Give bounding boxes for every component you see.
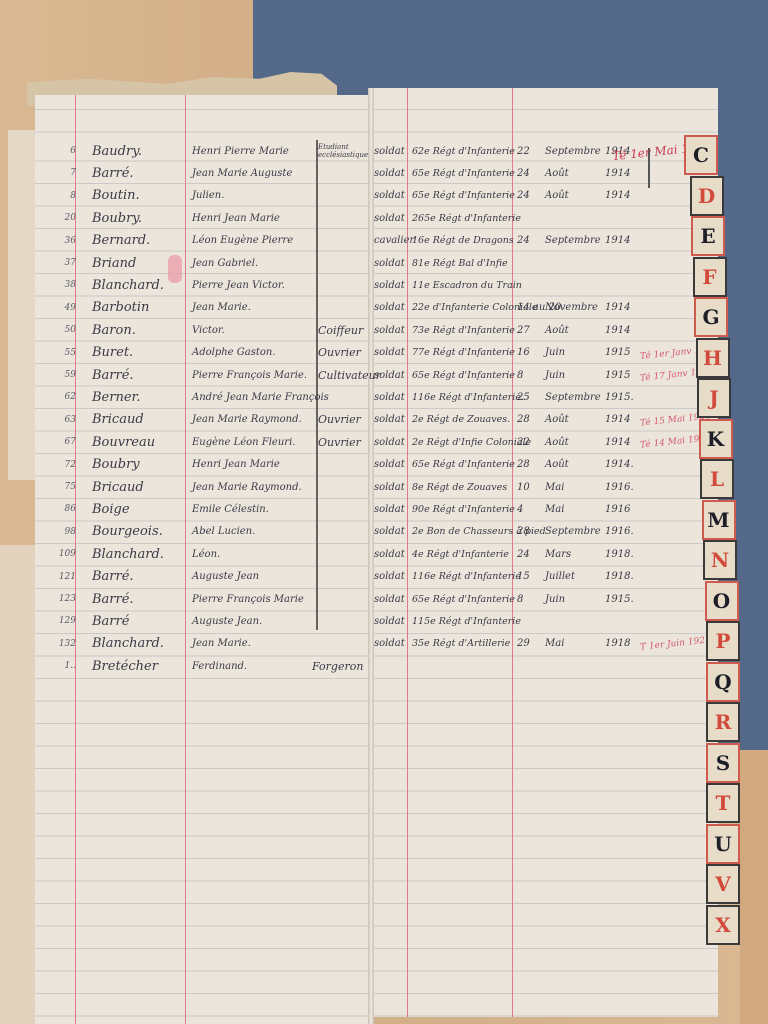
surname-cell: Berner. xyxy=(92,390,140,405)
table-row: 55Buret.Adolphe Gaston.Ouvriersoldat77e … xyxy=(0,342,768,364)
surname-cell: Boubry. xyxy=(92,211,142,226)
surname-cell: Bouvreau xyxy=(92,435,155,450)
index-tab-letter: Q xyxy=(714,670,731,694)
regiment-cell: 116e Régt d'Infanterie xyxy=(412,571,521,582)
occupation-cell: Ouvrier xyxy=(318,346,361,359)
regiment-cell: 35e Régt d'Artillerie xyxy=(412,638,510,649)
surname-cell: Briand xyxy=(92,256,136,271)
table-row: 38Blanchard.Pierre Jean Victor.soldat11e… xyxy=(0,274,768,296)
regiment-cell: 2e Régt d'Infie Coloniale xyxy=(412,437,531,448)
day-cell: 28 xyxy=(517,526,530,537)
given-names-cell: Jean Gabriel. xyxy=(192,258,258,269)
rank-cell: soldat xyxy=(374,526,405,537)
table-row: 67BouvreauEugène Léon Fleuri.Ouvriersold… xyxy=(0,431,768,453)
index-tab-e[interactable]: E xyxy=(691,216,725,256)
regiment-cell: 16e Régt de Dragons xyxy=(412,235,514,246)
index-tab-letter: H xyxy=(703,346,722,370)
rank-cell: soldat xyxy=(374,280,405,291)
row-number: 59 xyxy=(52,370,76,380)
rank-cell: cavalier xyxy=(374,235,414,246)
regiment-cell: 65e Régt d'Infanterie xyxy=(412,459,515,470)
month-cell: Mai xyxy=(545,482,564,493)
month-cell: Août xyxy=(545,325,569,336)
given-names-cell: Victor. xyxy=(192,325,225,336)
surname-cell: Bricaud xyxy=(92,412,144,427)
regiment-cell: 116e Régt d'Infanterie. xyxy=(412,392,524,403)
row-number: 36 xyxy=(52,236,76,246)
given-names-cell: Jean Marie. xyxy=(192,638,251,649)
red-annotation: T 1er Juin 1921 xyxy=(640,635,712,652)
given-names-cell: Auguste Jean. xyxy=(192,616,262,627)
given-names-cell: Eugène Léon Fleuri. xyxy=(192,437,295,448)
month-cell: Septembre xyxy=(545,146,601,157)
row-number: 20 xyxy=(52,213,76,223)
given-names-cell: Léon. xyxy=(192,549,220,560)
surname-cell: Boubry xyxy=(92,457,140,472)
day-cell: 24 xyxy=(517,235,530,246)
day-cell: 10 xyxy=(517,482,530,493)
table-row: 86BoigeEmile Célestin.soldat90e Régt d'I… xyxy=(0,498,768,520)
row-number: 1.. xyxy=(52,661,76,671)
month-cell: Septembre xyxy=(545,235,601,246)
day-cell: 28 xyxy=(517,414,530,425)
table-row: 7Barré.Jean Marie Augustesoldat65e Régt … xyxy=(0,162,768,184)
rank-cell: soldat xyxy=(374,549,405,560)
regiment-cell: 81e Régt Bal d'Infie xyxy=(412,258,508,269)
table-row: 121Barré.Auguste Jeansoldat116e Régt d'I… xyxy=(0,566,768,588)
rank-cell: soldat xyxy=(374,437,405,448)
index-tab-letter: P xyxy=(715,629,730,653)
occupation-cell: Forgeron xyxy=(312,660,363,673)
occupation-cell: Cultivateur xyxy=(318,369,381,382)
table-row: 59Barré.Pierre François Marie.Cultivateu… xyxy=(0,364,768,386)
index-tab-letter: K xyxy=(707,427,724,451)
row-number: 6 xyxy=(52,146,76,156)
year-cell: 1914 xyxy=(605,168,630,179)
month-cell: Août xyxy=(545,168,569,179)
day-cell: 28 xyxy=(517,459,530,470)
surname-cell: Blanchard. xyxy=(92,278,164,293)
surname-cell: Blanchard. xyxy=(92,547,164,562)
table-row: 20Boubry.Henri Jean Mariesoldat265e Régt… xyxy=(0,207,768,229)
given-names-cell: Jean Marie. xyxy=(192,302,251,313)
day-cell: 24 xyxy=(517,190,530,201)
surname-cell: Baron. xyxy=(92,323,136,338)
day-cell: 24 xyxy=(517,168,530,179)
regiment-cell: 62e Régt d'Infanterie xyxy=(412,146,515,157)
table-row: 37BriandJean Gabriel.soldat81e Régt Bal … xyxy=(0,252,768,274)
rank-cell: soldat xyxy=(374,370,405,381)
row-number: 109 xyxy=(52,549,76,559)
year-cell: 1918 xyxy=(605,638,630,649)
regiment-cell: 265e Régt d'Infanterie xyxy=(412,213,521,224)
day-cell: 22 xyxy=(517,437,530,448)
surname-cell: Baudry. xyxy=(92,144,142,159)
rank-cell: soldat xyxy=(374,213,405,224)
year-cell: 1914 xyxy=(605,325,630,336)
year-cell: 1916. xyxy=(605,482,634,493)
given-names-cell: Pierre Jean Victor. xyxy=(192,280,285,291)
table-row: 123Barré.Pierre François Mariesoldat65e … xyxy=(0,588,768,610)
month-cell: Septembre xyxy=(545,392,601,403)
row-number: 50 xyxy=(52,325,76,335)
surname-cell: Barbotin xyxy=(92,300,149,315)
surname-cell: Buret. xyxy=(92,345,133,360)
given-names-cell: Jean Marie Raymond. xyxy=(192,482,302,493)
month-cell: Juin xyxy=(545,594,565,605)
rank-cell: soldat xyxy=(374,504,405,515)
occupation-cell: Ouvrier xyxy=(318,413,361,426)
month-cell: Mai xyxy=(545,504,564,515)
rank-cell: soldat xyxy=(374,571,405,582)
table-row: 36Bernard.Léon Eugène Pierrecavalier16e … xyxy=(0,230,768,252)
index-tab-v[interactable]: V xyxy=(706,864,740,904)
row-number: 38 xyxy=(52,280,76,290)
day-cell: 15 xyxy=(517,571,530,582)
index-tab-letter: N xyxy=(711,548,729,572)
index-tab-o[interactable]: O xyxy=(705,581,739,621)
year-cell: 1914 xyxy=(605,437,630,448)
index-tab-letter: U xyxy=(714,832,731,856)
regiment-cell: 65e Régt d'Infanterie xyxy=(412,594,515,605)
index-tab-letter: D xyxy=(698,184,715,208)
year-cell: 1915. xyxy=(605,392,634,403)
table-row: 1..BretécherFerdinand.Forgeron xyxy=(0,655,768,677)
year-cell: 1914 xyxy=(605,190,630,201)
given-names-cell: Pierre François Marie. xyxy=(192,370,307,381)
index-tab-letter: G xyxy=(702,305,719,329)
row-number: 67 xyxy=(52,437,76,447)
day-cell: 22 xyxy=(517,146,530,157)
surname-cell: Barré. xyxy=(92,368,134,383)
index-tab-r[interactable]: R xyxy=(706,702,740,742)
regiment-cell: 8e Régt de Zouaves xyxy=(412,482,507,493)
given-names-cell: Ferdinand. xyxy=(192,661,247,672)
row-number: 72 xyxy=(52,460,76,470)
row-number: 55 xyxy=(52,348,76,358)
index-tab-letter: T xyxy=(716,791,731,815)
table-row: 6Baudry.Henri Pierre MarieEtudiant ecclé… xyxy=(0,140,768,162)
day-cell: 24 xyxy=(517,549,530,560)
rank-cell: soldat xyxy=(374,594,405,605)
surname-cell: Barré. xyxy=(92,166,134,181)
year-cell: 1916 xyxy=(605,504,630,515)
year-cell: 1916. xyxy=(605,526,634,537)
given-names-cell: André Jean Marie François xyxy=(192,392,329,403)
index-tab-c[interactable]: C xyxy=(684,135,718,175)
surname-cell: Boutin. xyxy=(92,188,140,203)
month-cell: Juin xyxy=(545,370,565,381)
regiment-cell: 65e Régt d'Infanterie xyxy=(412,190,515,201)
table-row: 129BarréAuguste Jean.soldat115e Régt d'I… xyxy=(0,610,768,632)
rank-cell: soldat xyxy=(374,638,405,649)
table-row: 75BricaudJean Marie Raymond.soldat8e Rég… xyxy=(0,476,768,498)
given-names-cell: Jean Marie Auguste xyxy=(192,168,292,179)
index-tab-d[interactable]: D xyxy=(690,176,724,216)
index-tab-letter: E xyxy=(700,224,715,248)
table-row: 72BoubryHenri Jean Mariesoldat65e Régt d… xyxy=(0,454,768,476)
surname-cell: Bretécher xyxy=(92,659,158,674)
rank-cell: soldat xyxy=(374,190,405,201)
regiment-cell: 115e Régt d'Infanterie xyxy=(412,616,521,627)
surname-cell: Blanchard. xyxy=(92,636,164,651)
index-tab-letter: J xyxy=(709,386,718,410)
index-tab-letter: S xyxy=(716,751,730,775)
month-cell: Août xyxy=(545,437,569,448)
index-tab-letter: R xyxy=(715,710,732,734)
month-cell: Août xyxy=(545,190,569,201)
index-tab-s[interactable]: S xyxy=(706,743,740,783)
month-cell: Août xyxy=(545,459,569,470)
row-number: 121 xyxy=(52,572,76,582)
day-cell: 4 xyxy=(517,504,523,515)
index-tab-k[interactable]: K xyxy=(699,419,733,459)
given-names-cell: Henri Jean Marie xyxy=(192,213,280,224)
regiment-cell: 73e Régt d'Infanterie xyxy=(412,325,515,336)
row-number: 75 xyxy=(52,482,76,492)
rank-cell: soldat xyxy=(374,392,405,403)
row-number: 63 xyxy=(52,415,76,425)
month-cell: Septembre xyxy=(545,526,601,537)
day-cell: 29 xyxy=(517,638,530,649)
surname-cell: Bricaud xyxy=(92,480,144,495)
occupation-cell: Ouvrier xyxy=(318,436,361,449)
month-cell: Juillet xyxy=(545,571,575,582)
given-names-cell: Henri Jean Marie xyxy=(192,459,280,470)
table-row: 49BarbotinJean Marie.soldat22e d'Infante… xyxy=(0,297,768,319)
index-tab-u[interactable]: U xyxy=(706,824,740,864)
index-tab-p[interactable]: P xyxy=(706,621,740,661)
surname-cell: Barré. xyxy=(92,592,134,607)
month-cell: Août xyxy=(545,414,569,425)
regiment-cell: 90e Régt d'Infanterie xyxy=(412,504,515,515)
given-names-cell: Adolphe Gaston. xyxy=(192,347,276,358)
month-cell: Mars xyxy=(545,549,571,560)
given-names-cell: Julien. xyxy=(192,190,224,201)
index-tab-q[interactable]: Q xyxy=(706,662,740,702)
rank-cell: soldat xyxy=(374,459,405,470)
table-row: 62Berner.André Jean Marie Françoissoldat… xyxy=(0,386,768,408)
index-tab-letter: M xyxy=(707,508,729,532)
index-tab-j[interactable]: J xyxy=(697,378,731,418)
day-cell: 8 xyxy=(517,370,523,381)
given-names-cell: Pierre François Marie xyxy=(192,594,304,605)
row-number: 37 xyxy=(52,258,76,268)
year-cell: 1918. xyxy=(605,571,634,582)
year-cell: 1915 xyxy=(605,347,630,358)
index-tab-t[interactable]: T xyxy=(706,783,740,823)
rank-cell: soldat xyxy=(374,168,405,179)
surname-cell: Boige xyxy=(92,502,130,517)
row-number: 86 xyxy=(52,504,76,514)
given-names-cell: Abel Lucien. xyxy=(192,526,255,537)
rank-cell: soldat xyxy=(374,302,405,313)
regiment-cell: 65e Régt d'Infanterie xyxy=(412,370,515,381)
year-cell: 1915 xyxy=(605,370,630,381)
table-row: 132Blanchard.Jean Marie.soldat35e Régt d… xyxy=(0,633,768,655)
surname-cell: Bourgeois. xyxy=(92,524,163,539)
month-cell: Juin xyxy=(545,347,565,358)
day-cell: 8 xyxy=(517,594,523,605)
index-tab-letter: F xyxy=(702,265,716,289)
table-row: 8Boutin.Julien.soldat65e Régt d'Infanter… xyxy=(0,185,768,207)
rank-cell: soldat xyxy=(374,347,405,358)
index-tab-x[interactable]: X xyxy=(706,905,740,945)
day-cell: 16 xyxy=(517,347,530,358)
row-number: 8 xyxy=(52,191,76,201)
index-tab-m[interactable]: M xyxy=(702,500,736,540)
rank-cell: soldat xyxy=(374,258,405,269)
index-tab-letter: O xyxy=(713,589,730,613)
year-cell: 1914. xyxy=(605,459,634,470)
index-tab-letter: L xyxy=(710,467,724,491)
regiment-cell: 4e Régt d'Infanterie xyxy=(412,549,509,560)
row-number: 132 xyxy=(52,639,76,649)
year-cell: 1918. xyxy=(605,549,634,560)
table-row: 63BricaudJean Marie Raymond.Ouvriersolda… xyxy=(0,409,768,431)
surname-cell: Barré. xyxy=(92,569,134,584)
given-names-cell: Emile Célestin. xyxy=(192,504,269,515)
wooden-table-corner xyxy=(740,750,768,1024)
regiment-cell: 2e Régt de Zouaves. xyxy=(412,414,510,425)
year-cell: 1914 xyxy=(605,414,630,425)
table-row: 109Blanchard.Léon.soldat4e Régt d'Infant… xyxy=(0,543,768,565)
given-names-cell: Henri Pierre Marie xyxy=(192,146,289,157)
index-tab-h[interactable]: H xyxy=(696,338,730,378)
regiment-cell: 77e Régt d'Infanterie xyxy=(412,347,515,358)
year-cell: 1915. xyxy=(605,594,634,605)
row-number: 62 xyxy=(52,392,76,402)
row-number: 98 xyxy=(52,527,76,537)
given-names-cell: Léon Eugène Pierre xyxy=(192,235,293,246)
row-number: 129 xyxy=(52,616,76,626)
given-names-cell: Auguste Jean xyxy=(192,571,259,582)
rank-cell: soldat xyxy=(374,414,405,425)
rank-cell: soldat xyxy=(374,325,405,336)
regiment-cell: 65e Régt d'Infanterie xyxy=(412,168,515,179)
table-row: 98Bourgeois.Abel Lucien.soldat2e Bon de … xyxy=(0,521,768,543)
day-cell: 25 xyxy=(517,392,530,403)
index-tab-letter: C xyxy=(693,143,709,167)
index-tab-n[interactable]: N xyxy=(703,540,737,580)
index-tab-l[interactable]: L xyxy=(700,459,734,499)
rank-cell: soldat xyxy=(374,146,405,157)
rank-cell: soldat xyxy=(374,616,405,627)
surname-cell: Bernard. xyxy=(92,233,150,248)
table-row: 50Baron.Victor.Coiffeursoldat73e Régt d'… xyxy=(0,319,768,341)
surname-cell: Barré xyxy=(92,614,129,629)
year-cell: 1914 xyxy=(605,235,630,246)
occupation-cell: Coiffeur xyxy=(318,324,363,337)
index-tab-g[interactable]: G xyxy=(694,297,728,337)
index-tab-letter: X xyxy=(715,913,731,937)
regiment-cell: 11e Escadron du Train xyxy=(412,280,522,291)
index-tab-letter: V xyxy=(715,872,731,896)
month-cell: Novembre xyxy=(545,302,598,313)
given-names-cell: Jean Marie Raymond. xyxy=(192,414,302,425)
row-number: 7 xyxy=(52,168,76,178)
rank-cell: soldat xyxy=(374,482,405,493)
row-number: 123 xyxy=(52,594,76,604)
row-number: 49 xyxy=(52,303,76,313)
year-cell: 1914 xyxy=(605,302,630,313)
day-cell: 27 xyxy=(517,325,530,336)
index-tab-f[interactable]: F xyxy=(693,257,727,297)
month-cell: Mai xyxy=(545,638,564,649)
occupation-cell: Etudiant ecclésiastique xyxy=(318,143,370,159)
